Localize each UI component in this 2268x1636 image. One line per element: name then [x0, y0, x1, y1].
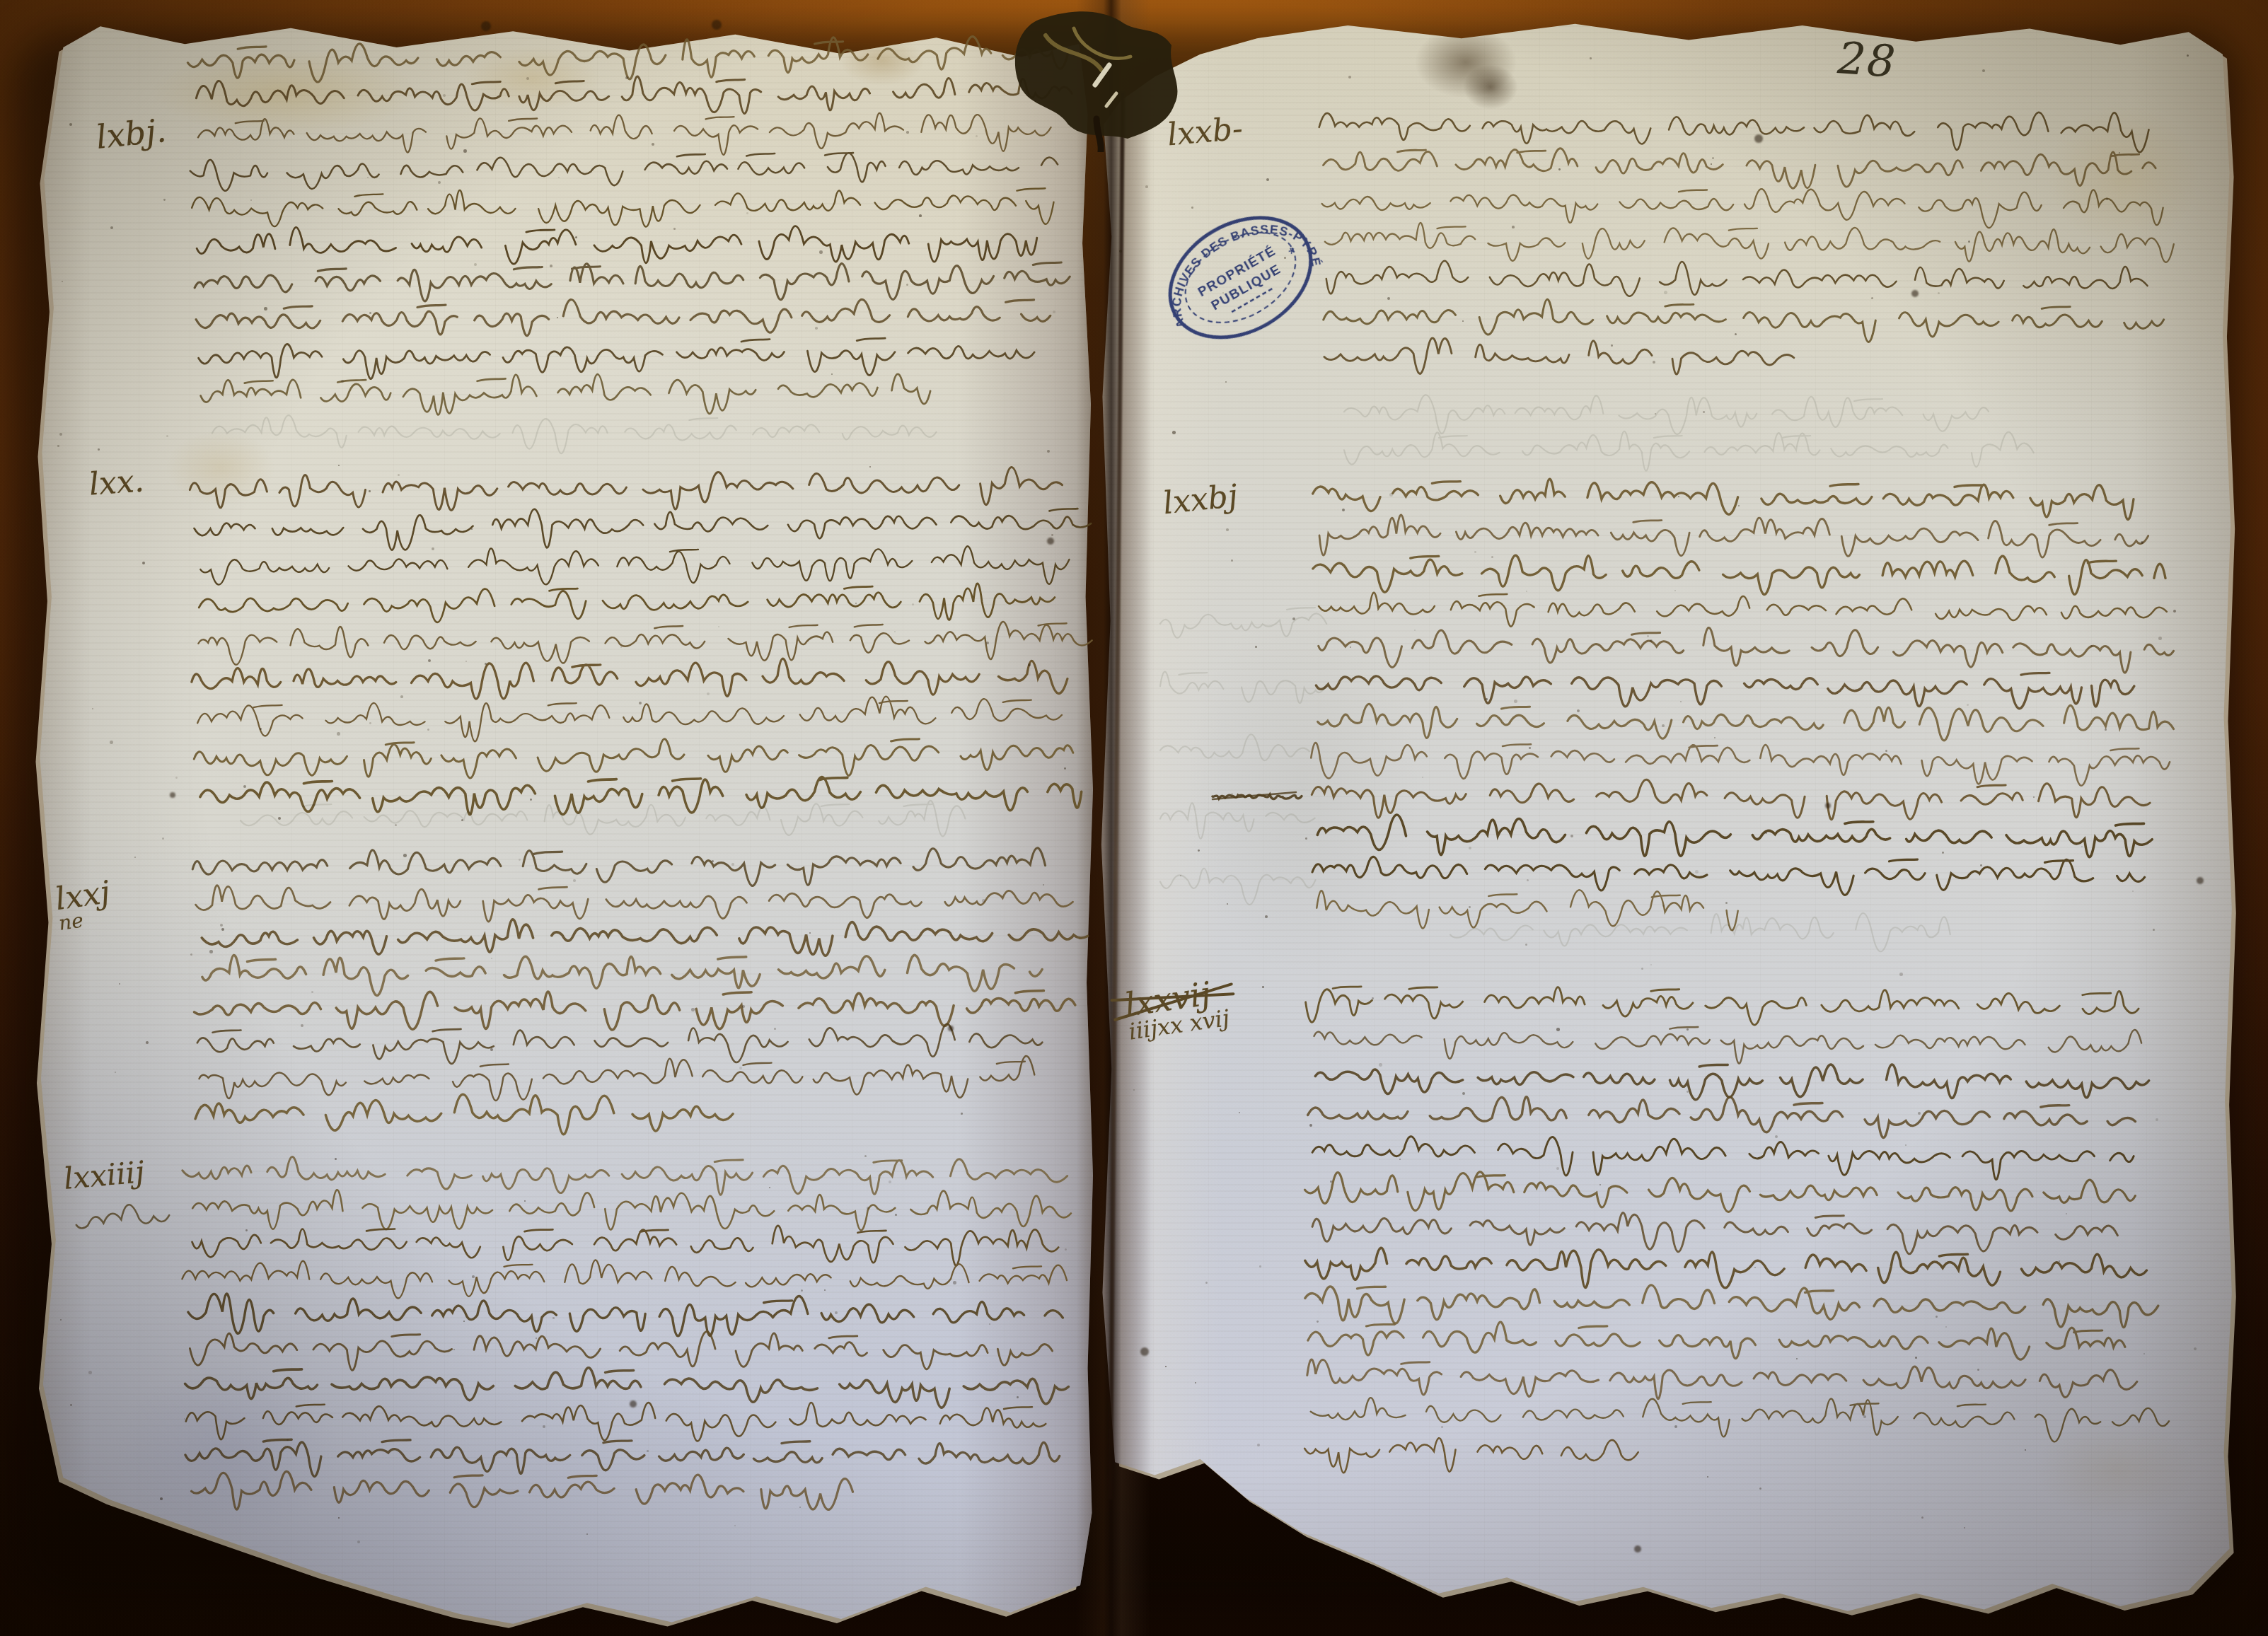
stain — [2003, 1399, 2230, 1541]
headband-knot — [989, 0, 1230, 152]
stamp-asterisk: * — [1286, 244, 1302, 264]
archive-stamp: ARCHIVES DES BASSES-PYRÉNÉES PROPRIÉTÉ P… — [1128, 171, 1355, 388]
left-page — [37, 18, 1095, 1625]
folio-number: 28 — [1836, 32, 1899, 88]
stain — [2018, 76, 2230, 274]
left-page-shading — [37, 18, 1095, 1625]
stain — [100, 33, 468, 153]
manuscript-photograph: 28 ARCHIVES DES BASSES-PYRÉNÉES PROPRIÉT… — [0, 0, 2268, 1636]
right-page: 28 ARCHIVES DES BASSES-PYRÉNÉES PROPRIÉT… — [1098, 13, 2234, 1613]
stain — [143, 414, 299, 521]
stain — [433, 33, 631, 124]
stain — [1452, 55, 1529, 119]
stain — [1155, 550, 1452, 1031]
